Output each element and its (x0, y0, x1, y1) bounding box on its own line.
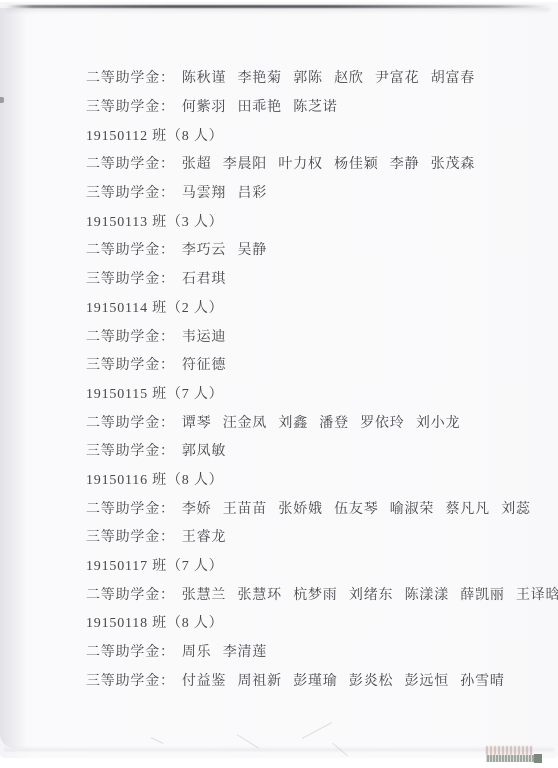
scan-smudge (150, 737, 163, 744)
line-label: 19150117 班（7 人） (86, 555, 223, 575)
line-label: 三等助学金： (86, 182, 175, 202)
scanned-page: 二等助学金： 陈秋谨 李艳菊 郭陈 赵欣 尹富花 胡富春 三等助学金： 何紫羽 … (0, 2, 558, 758)
line-label: 三等助学金： (86, 354, 175, 374)
line-label: 三等助学金： (86, 96, 175, 116)
line-label: 二等助学金： (86, 498, 175, 518)
document-line: 三等助学金： 马雲翔 吕彩 (86, 178, 542, 207)
document-line: 二等助学金： 李娇 王苗苗 张娇娥 伍友琴 喻淑荣 蔡凡凡 刘蕊 (86, 493, 542, 522)
scan-edge-mark (0, 97, 4, 103)
line-label: 二等助学金： (86, 641, 175, 661)
line-names: 周乐 李清莲 (182, 641, 267, 661)
scan-edge-left-shadow (0, 8, 26, 748)
line-label: 三等助学金： (86, 268, 175, 288)
line-names: 付益鉴 周祖新 彭瑾瑜 彭炎松 彭远恒 孙雪晴 (182, 670, 505, 690)
document-line: 三等助学金： 石君琪 (86, 264, 542, 293)
watermark-logo-block (534, 754, 542, 763)
line-label: 三等助学金： (86, 526, 175, 546)
document-line: 三等助学金： 郭凤敏 (86, 436, 542, 465)
line-label: 二等助学金： (86, 326, 175, 346)
line-label: 二等助学金： (86, 67, 175, 87)
line-names: 符征德 (182, 354, 226, 374)
line-label: 二等助学金： (86, 412, 175, 432)
document-line: 三等助学金： 符征德 (86, 350, 542, 379)
document-line: 二等助学金： 陈秋谨 李艳菊 郭陈 赵欣 尹富花 胡富春 (86, 63, 542, 92)
document-line: 二等助学金： 谭琴 汪金凤 刘鑫 潘登 罗依玲 刘小龙 (86, 407, 542, 436)
document-line: 19150112 班（8 人） (86, 120, 542, 149)
line-label: 二等助学金： (86, 584, 175, 604)
line-names: 马雲翔 吕彩 (182, 182, 267, 202)
scan-smudge (302, 722, 332, 739)
line-label: 19150115 班（7 人） (86, 383, 223, 403)
line-names: 张慧兰 张慧环 杭梦雨 刘绪东 陈漾漾 薛凯丽 王译晗 (182, 584, 558, 604)
line-label: 19150116 班（8 人） (86, 469, 223, 489)
document-line: 二等助学金： 张慧兰 张慧环 杭梦雨 刘绪东 陈漾漾 薛凯丽 王译晗 (86, 579, 542, 608)
line-names: 李娇 王苗苗 张娇娥 伍友琴 喻淑荣 蔡凡凡 刘蕊 (182, 498, 531, 518)
line-names: 李巧云 吴静 (182, 239, 267, 259)
document-line: 三等助学金： 王睿龙 (86, 522, 542, 551)
line-names: 谭琴 汪金凤 刘鑫 潘登 罗依玲 刘小龙 (182, 412, 461, 432)
line-names: 郭凤敏 (182, 440, 226, 460)
line-names: 石君琪 (182, 268, 226, 288)
line-label: 19150118 班（8 人） (86, 612, 223, 632)
watermark-bar (486, 755, 535, 762)
line-label: 19150113 班（3 人） (86, 211, 223, 231)
document-line: 19150116 班（8 人） (86, 465, 542, 494)
line-names: 韦运迪 (182, 326, 226, 346)
document-line: 二等助学金： 韦运迪 (86, 321, 542, 350)
document-line: 二等助学金： 周乐 李清莲 (86, 637, 542, 666)
document-line: 三等助学金： 付益鉴 周祖新 彭瑾瑜 彭炎松 彭远恒 孙雪晴 (86, 665, 542, 694)
line-names: 陈秋谨 李艳菊 郭陈 赵欣 尹富花 胡富春 (182, 67, 475, 87)
line-label: 二等助学金： (86, 153, 175, 173)
document-line: 19150117 班（7 人） (86, 551, 542, 580)
document-line: 二等助学金： 李巧云 吴静 (86, 235, 542, 264)
line-names: 何紫羽 田乖艳 陈芝诺 (182, 96, 338, 116)
line-label: 三等助学金： (86, 670, 175, 690)
scan-edge-top (6, 5, 550, 8)
document-line: 19150114 班（2 人） (86, 293, 542, 322)
document-line: 二等助学金： 张超 李晨阳 叶力权 杨佳颖 李静 张茂森 (86, 149, 542, 178)
scan-edge-bottom (4, 747, 554, 751)
line-names: 张超 李晨阳 叶力权 杨佳颖 李静 张茂森 (182, 153, 475, 173)
line-label: 二等助学金： (86, 239, 175, 259)
line-label: 19150114 班（2 人） (86, 297, 223, 317)
document-body: 二等助学金： 陈秋谨 李艳菊 郭陈 赵欣 尹富花 胡富春 三等助学金： 何紫羽 … (86, 63, 542, 694)
document-line: 19150113 班（3 人） (86, 206, 542, 235)
line-label: 三等助学金： (86, 440, 175, 460)
document-line: 19150118 班（8 人） (86, 608, 542, 637)
document-line: 三等助学金： 何紫羽 田乖艳 陈芝诺 (86, 92, 542, 121)
line-names: 王睿龙 (182, 526, 226, 546)
document-line: 19150115 班（7 人） (86, 379, 542, 408)
line-label: 19150112 班（8 人） (86, 125, 223, 145)
